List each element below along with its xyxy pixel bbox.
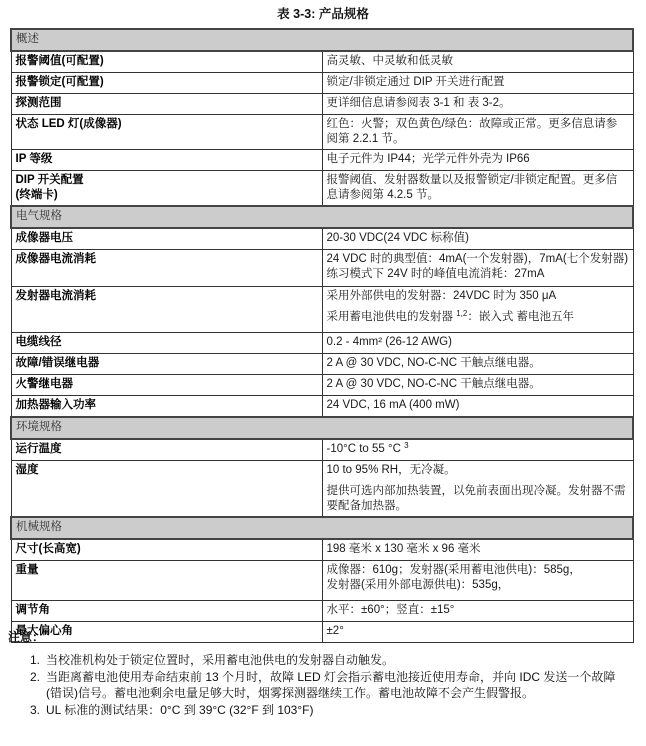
- table-row: 火警继电器 2 A @ 30 VDC, NO-C-NC 干触点继电器。: [11, 375, 633, 396]
- spec-value: 锁定/非锁定通过 DIP 开关进行配置: [322, 73, 633, 94]
- spec-label: 最大偏心角: [11, 622, 322, 643]
- spec-value: 高灵敏、中灵敏和低灵敏: [322, 51, 633, 73]
- note-number: 3.: [30, 702, 40, 719]
- table-row: 状态 LED 灯(成像器) 红色：火警；双色黄色/绿色：故障或正常。更多信息请参…: [11, 115, 633, 150]
- note-item: 1. 当校准机构处于锁定位置时，采用蓄电池供电的发射器自动触发。: [30, 652, 620, 669]
- spec-value: 24 VDC, 16 mA (400 mW): [322, 396, 633, 418]
- table-row: 重量 成像器：610g；发射器(采用蓄电池供电)：585g， 发射器(采用外部电…: [11, 561, 633, 601]
- section-header-overview: 概述: [11, 29, 633, 51]
- spec-label: 故障/错误继电器: [11, 354, 322, 375]
- note-number: 2.: [30, 669, 40, 686]
- section-header-mechanical: 机械规格: [11, 517, 633, 539]
- product-spec-table: 概述 报警阈值(可配置) 高灵敏、中灵敏和低灵敏 报警锁定(可配置) 锁定/非锁…: [10, 28, 634, 643]
- section-title: 概述: [11, 29, 633, 51]
- section-title: 机械规格: [11, 517, 633, 539]
- section-title: 环境规格: [11, 417, 633, 439]
- notes-list: 1. 当校准机构处于锁定位置时，采用蓄电池供电的发射器自动触发。 2. 当距离蓄…: [30, 652, 620, 718]
- spec-value: 0.2 - 4mm² (26-12 AWG): [322, 333, 633, 354]
- spec-label: DIP 开关配置 (终端卡): [11, 171, 322, 207]
- spec-value: 报警阈值、发射器数量以及报警锁定/非锁定配置。更多信息请参阅第 4.2.5 节。: [322, 171, 633, 207]
- spec-value: 20-30 VDC(24 VDC 标称值): [322, 228, 633, 250]
- table-row: 尺寸(长高宽) 198 毫米 x 130 毫米 x 96 毫米: [11, 539, 633, 561]
- spec-label: 加热器输入功率: [11, 396, 322, 418]
- value-text: ：嵌入式 蓄电池五年: [467, 311, 574, 323]
- spec-label: 发射器电流消耗: [11, 287, 322, 333]
- spec-value: 水平：±60°；竖直：±15°: [322, 601, 633, 622]
- footnote-ref: 1,2: [456, 309, 467, 318]
- table-row: 成像器电流消耗 24 VDC 时的典型值：4mA(一个发射器)，7mA(七个发射…: [11, 250, 633, 287]
- spec-value: 24 VDC 时的典型值：4mA(一个发射器)，7mA(七个发射器) 练习模式下…: [322, 250, 633, 287]
- spec-value: 红色：火警；双色黄色/绿色：故障或正常。更多信息请参阅第 2.2.1 节。: [322, 115, 633, 150]
- table-row: DIP 开关配置 (终端卡) 报警阈值、发射器数量以及报警锁定/非锁定配置。更多…: [11, 171, 633, 207]
- table-row: 电缆线径 0.2 - 4mm² (26-12 AWG): [11, 333, 633, 354]
- table-row: 加热器输入功率 24 VDC, 16 mA (400 mW): [11, 396, 633, 418]
- table-row: 最大偏心角 ±2°: [11, 622, 633, 643]
- spec-label: 报警阈值(可配置): [11, 51, 322, 73]
- spec-label-line: DIP 开关配置: [16, 173, 318, 188]
- spec-value-line: 练习模式下 24V 时的峰值电流消耗：27mA: [327, 267, 629, 282]
- spec-label: IP 等级: [11, 150, 322, 171]
- notes-heading: 注意：: [8, 628, 44, 645]
- table-title: 表 3-3: 产品规格: [0, 4, 646, 22]
- footnote-ref: 3: [404, 441, 408, 450]
- table-row: 成像器电压 20-30 VDC(24 VDC 标称值): [11, 228, 633, 250]
- table-row: 故障/错误继电器 2 A @ 30 VDC, NO-C-NC 干触点继电器。: [11, 354, 633, 375]
- spec-label-line: (终端卡): [16, 188, 318, 203]
- spec-label: 电缆线径: [11, 333, 322, 354]
- table-row: 调节角 水平：±60°；竖直：±15°: [11, 601, 633, 622]
- spec-value-line: 采用外部供电的发射器：24VDC 时为 350 μA: [327, 289, 629, 304]
- spec-value: 采用外部供电的发射器：24VDC 时为 350 μA 采用蓄电池供电的发射器 1…: [322, 287, 633, 333]
- table-row: 报警锁定(可配置) 锁定/非锁定通过 DIP 开关进行配置: [11, 73, 633, 94]
- spec-label: 火警继电器: [11, 375, 322, 396]
- spec-label: 调节角: [11, 601, 322, 622]
- note-text: 当校准机构处于锁定位置时，采用蓄电池供电的发射器自动触发。: [46, 653, 394, 667]
- note-item: 2. 当距离蓄电池使用寿命结束前 13 个月时，故障 LED 灯会指示蓄电池接近…: [30, 669, 620, 702]
- spec-label: 成像器电流消耗: [11, 250, 322, 287]
- note-item: 3. UL 标准的测试结果：0°C 到 39°C (32°F 到 103°F): [30, 702, 620, 719]
- note-text: 当距离蓄电池使用寿命结束前 13 个月时，故障 LED 灯会指示蓄电池接近使用寿…: [46, 670, 615, 701]
- table-row: 发射器电流消耗 采用外部供电的发射器：24VDC 时为 350 μA 采用蓄电池…: [11, 287, 633, 333]
- spec-value: 10 to 95% RH，无冷凝。 提供可选内部加热装置，以免前表面出现冷凝。发…: [322, 461, 633, 518]
- spec-value-line: 成像器：610g；发射器(采用蓄电池供电)：585g，: [327, 563, 629, 578]
- spec-value: 电子元件为 IP44；光学元件外壳为 IP66: [322, 150, 633, 171]
- spec-label: 尺寸(长高宽): [11, 539, 322, 561]
- note-number: 1.: [30, 652, 40, 669]
- spec-label: 成像器电压: [11, 228, 322, 250]
- spec-value: 更详细信息请参阅表 3-1 和 表 3-2。: [322, 94, 633, 115]
- spec-value-line: 10 to 95% RH，无冷凝。: [327, 463, 629, 478]
- spec-label: 报警锁定(可配置): [11, 73, 322, 94]
- note-text: UL 标准的测试结果：0°C 到 39°C (32°F 到 103°F): [46, 703, 313, 717]
- spec-value: 198 毫米 x 130 毫米 x 96 毫米: [322, 539, 633, 561]
- spec-value: 2 A @ 30 VDC, NO-C-NC 干触点继电器。: [322, 375, 633, 396]
- table-row: 探测范围 更详细信息请参阅表 3-1 和 表 3-2。: [11, 94, 633, 115]
- spec-label: 探测范围: [11, 94, 322, 115]
- table-row: 报警阈值(可配置) 高灵敏、中灵敏和低灵敏: [11, 51, 633, 73]
- spec-value: ±2°: [322, 622, 633, 643]
- section-header-electrical: 电气规格: [11, 206, 633, 228]
- spec-label: 重量: [11, 561, 322, 601]
- table-row: 运行温度 -10°C to 55 °C 3: [11, 439, 633, 461]
- spec-value-line: 提供可选内部加热装置，以免前表面出现冷凝。发射器不需要配备加热器。: [327, 484, 629, 514]
- spec-value-line: 24 VDC 时的典型值：4mA(一个发射器)，7mA(七个发射器): [327, 252, 629, 267]
- section-title: 电气规格: [11, 206, 633, 228]
- spec-label: 湿度: [11, 461, 322, 518]
- spec-value: 成像器：610g；发射器(采用蓄电池供电)：585g， 发射器(采用外部电源供电…: [322, 561, 633, 601]
- table-row: 湿度 10 to 95% RH，无冷凝。 提供可选内部加热装置，以免前表面出现冷…: [11, 461, 633, 518]
- spec-value: -10°C to 55 °C 3: [322, 439, 633, 461]
- spec-value-line: 采用蓄电池供电的发射器 1,2：嵌入式 蓄电池五年: [327, 310, 629, 325]
- section-header-environment: 环境规格: [11, 417, 633, 439]
- table-row: IP 等级 电子元件为 IP44；光学元件外壳为 IP66: [11, 150, 633, 171]
- value-text: 采用蓄电池供电的发射器: [327, 311, 457, 323]
- spec-label: 状态 LED 灯(成像器): [11, 115, 322, 150]
- spec-value: 2 A @ 30 VDC, NO-C-NC 干触点继电器。: [322, 354, 633, 375]
- value-text: -10°C to 55 °C: [327, 443, 405, 455]
- spec-value-line: 发射器(采用外部电源供电)：535g，: [327, 578, 629, 593]
- spec-label: 运行温度: [11, 439, 322, 461]
